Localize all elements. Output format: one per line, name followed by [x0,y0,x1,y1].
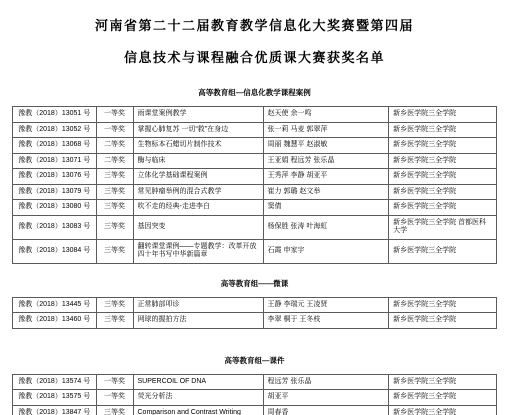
table-row: 豫教（2018）13847 号三等奖Comparison and Contras… [13,405,497,415]
cert-number-cell: 豫教（2018）13575 号 [13,390,97,406]
authors-cell: 王静 李瑞元 王凌贤 [263,297,389,313]
work-title-cell: 网球的握拍方法 [133,313,263,329]
cert-number-cell: 豫教（2018）13084 号 [13,239,97,263]
work-title-cell: SUPERCOIL OF DNA [133,374,263,390]
section-micro-lessons: 高等教育组——微课 豫教（2018）13445 号三等奖正常肺部叩诊王静 李瑞元… [12,279,497,329]
award-level-cell: 二等奖 [96,138,133,154]
work-title-cell: 掌握心肺复苏 一切“救”在身边 [133,122,263,138]
table-row: 豫教（2018）13071 号二等奖酶与临床王亚娟 程远芳 张乐晶新乡医学院三全… [13,153,497,169]
authors-cell: 胡亚平 [263,390,389,406]
authors-cell: 王亚娟 程远芳 张乐晶 [263,153,389,169]
cert-number-cell: 豫教（2018）13079 号 [13,184,97,200]
award-level-cell: 三等奖 [96,184,133,200]
section-heading: 高等教育组——微课 [12,279,497,288]
institution-cell: 新乡医学院三全学院 首都医科大学 [389,215,497,239]
institution-cell: 新乡医学院三全学院 [389,374,497,390]
cert-number-cell: 豫教（2018）13574 号 [13,374,97,390]
work-title-cell: 立体化学基础课程案例 [133,169,263,185]
institution-cell: 新乡医学院三全学院 [389,169,497,185]
work-title-cell: 雨课堂案例教学 [133,107,263,123]
page-title-line2: 信息技术与课程融合优质课大赛获奖名单 [12,50,497,65]
authors-cell: 李翠 桐于 王冬枝 [263,313,389,329]
work-title-cell: Comparison and Contrast Writing [133,405,263,415]
cert-number-cell: 豫教（2018）13847 号 [13,405,97,415]
table-row: 豫教（2018）13460 号三等奖网球的握拍方法李翠 桐于 王冬枝新乡医学院三… [13,313,497,329]
work-title-cell: 荧光分析法 [133,390,263,406]
institution-cell: 新乡医学院三全学院 [389,200,497,216]
cert-number-cell: 豫教（2018）13445 号 [13,297,97,313]
page-title-line1: 河南省第二十二届教育教学信息化大奖赛暨第四届 [12,18,497,33]
section-heading: 高等教育组—课件 [12,356,497,365]
award-level-cell: 三等奖 [96,169,133,185]
award-level-cell: 一等奖 [96,374,133,390]
table-row: 豫教（2018）13574 号一等奖SUPERCOIL OF DNA程远芳 张乐… [13,374,497,390]
institution-cell: 新乡医学院三全学院 [389,107,497,123]
authors-cell: 程远芳 张乐晶 [263,374,389,390]
awards-table: 豫教（2018）13445 号三等奖正常肺部叩诊王静 李瑞元 王凌贤新乡医学院三… [12,297,497,329]
cert-number-cell: 豫教（2018）13460 号 [13,313,97,329]
table-row: 豫教（2018）13079 号三等奖常见肿瘤举例的混合式教学崔力 郭璐 赵文举新… [13,184,497,200]
work-title-cell: 吹不走的经典-走进李白 [133,200,263,216]
cert-number-cell: 豫教（2018）13052 号 [13,122,97,138]
awards-table: 豫教（2018）13574 号一等奖SUPERCOIL OF DNA程远芳 张乐… [12,374,497,415]
authors-cell: 崔力 郭璐 赵文举 [263,184,389,200]
table-row: 豫教（2018）13575 号一等奖荧光分析法胡亚平新乡医学院三全学院 [13,390,497,406]
cert-number-cell: 豫教（2018）13071 号 [13,153,97,169]
table-row: 豫教（2018）13052 号一等奖掌握心肺复苏 一切“救”在身边张一莉 马麦 … [13,122,497,138]
cert-number-cell: 豫教（2018）13076 号 [13,169,97,185]
authors-cell: 周丽 魏慧平 赵淑敏 [263,138,389,154]
table-row: 豫教（2018）13084 号三等奖翻转课堂课例——专题教学：改革开放四十年书写… [13,239,497,263]
award-level-cell: 一等奖 [96,122,133,138]
award-level-cell: 三等奖 [96,239,133,263]
cert-number-cell: 豫教（2018）13051 号 [13,107,97,123]
work-title-cell: 基因突变 [133,215,263,239]
work-title-cell: 酶与临床 [133,153,263,169]
work-title-cell: 常见肿瘤举例的混合式教学 [133,184,263,200]
award-level-cell: 三等奖 [96,215,133,239]
awards-table: 豫教（2018）13051 号一等奖雨课堂案例教学赵天使 余一鸣新乡医学院三全学… [12,106,497,264]
award-level-cell: 三等奖 [96,313,133,329]
table-row: 豫教（2018）13068 号二等奖生物标本石蜡切片制作技术周丽 魏慧平 赵淑敏… [13,138,497,154]
cert-number-cell: 豫教（2018）13083 号 [13,215,97,239]
work-title-cell: 翻转课堂课例——专题教学：改革开放四十年书写中华新篇章 [133,239,263,263]
institution-cell: 新乡医学院三全学院 [389,153,497,169]
authors-cell: 王秀萍 李静 胡亚平 [263,169,389,185]
table-row: 豫教（2018）13083 号三等奖基因突变杨保胜 张涛 叶海虹新乡医学院三全学… [13,215,497,239]
institution-cell: 新乡医学院三全学院 [389,122,497,138]
authors-cell: 石霞 申家宇 [263,239,389,263]
institution-cell: 新乡医学院三全学院 [389,138,497,154]
table-row: 豫教（2018）13445 号三等奖正常肺部叩诊王静 李瑞元 王凌贤新乡医学院三… [13,297,497,313]
award-level-cell: 三等奖 [96,405,133,415]
table-row: 豫教（2018）13051 号一等奖雨课堂案例教学赵天使 余一鸣新乡医学院三全学… [13,107,497,123]
authors-cell: 窦倩 [263,200,389,216]
section-heading: 高等教育组—信息化教学课程案例 [12,88,497,97]
institution-cell: 新乡医学院三全学院 [389,184,497,200]
award-level-cell: 一等奖 [96,107,133,123]
table-row: 豫教（2018）13080 号三等奖吹不走的经典-走进李白窦倩新乡医学院三全学院 [13,200,497,216]
authors-cell: 周春香 [263,405,389,415]
institution-cell: 新乡医学院三全学院 [389,297,497,313]
institution-cell: 新乡医学院三全学院 [389,313,497,329]
institution-cell: 新乡医学院三全学院 [389,390,497,406]
work-title-cell: 正常肺部叩诊 [133,297,263,313]
award-level-cell: 三等奖 [96,297,133,313]
table-row: 豫教（2018）13076 号三等奖立体化学基础课程案例王秀萍 李静 胡亚平新乡… [13,169,497,185]
work-title-cell: 生物标本石蜡切片制作技术 [133,138,263,154]
authors-cell: 杨保胜 张涛 叶海虹 [263,215,389,239]
award-level-cell: 三等奖 [96,200,133,216]
award-level-cell: 二等奖 [96,153,133,169]
section-course-cases: 高等教育组—信息化教学课程案例 豫教（2018）13051 号一等奖雨课堂案例教… [12,88,497,264]
award-level-cell: 一等奖 [96,390,133,406]
authors-cell: 赵天使 余一鸣 [263,107,389,123]
institution-cell: 新乡医学院三全学院 [389,239,497,263]
authors-cell: 张一莉 马麦 郭翠萍 [263,122,389,138]
document-page: 河南省第二十二届教育教学信息化大奖赛暨第四届 信息技术与课程融合优质课大赛获奖名… [0,0,509,415]
institution-cell: 新乡医学院三全学院 [389,405,497,415]
cert-number-cell: 豫教（2018）13080 号 [13,200,97,216]
section-courseware: 高等教育组—课件 豫教（2018）13574 号一等奖SUPERCOIL OF … [12,356,497,415]
cert-number-cell: 豫教（2018）13068 号 [13,138,97,154]
